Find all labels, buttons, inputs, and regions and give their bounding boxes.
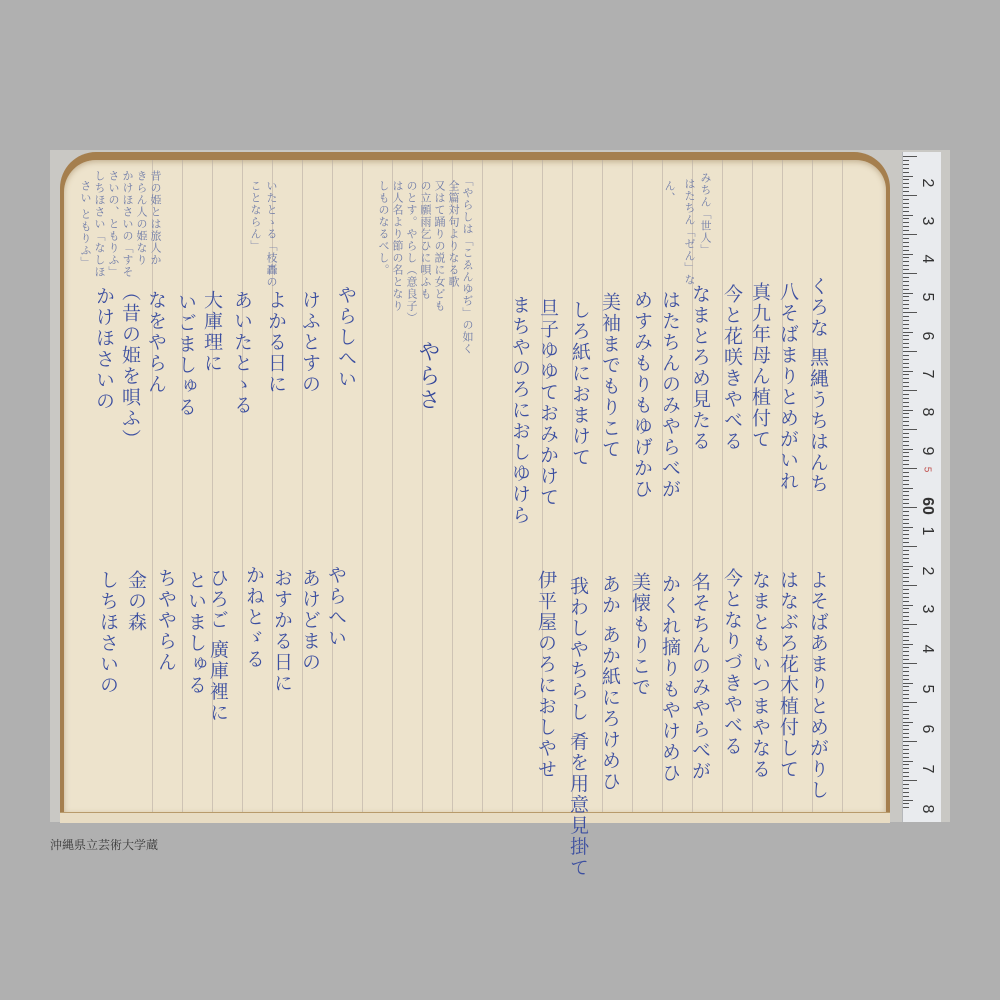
ruler-tick: [903, 215, 913, 216]
verse-line: おすかる日に: [272, 568, 291, 694]
ruler-tick: [903, 382, 909, 383]
ruler-tick: [903, 308, 909, 309]
ruler-label: 8: [918, 799, 936, 819]
annotation-line: さいの、ともりふ」: [108, 170, 119, 278]
annotation-line: はたちん「ゼん」な: [684, 178, 695, 286]
ruler-tick: [903, 410, 913, 411]
ruler-tick: [903, 507, 917, 508]
ruler-label: 3: [918, 599, 936, 619]
ruler-tick: [903, 644, 913, 645]
ruler-tick: [903, 792, 909, 793]
verse-line: かねとゞる: [244, 565, 263, 670]
verse-line: ひろご 廣庫裡に: [208, 568, 227, 723]
ruler-tick: [903, 234, 917, 235]
ruler-tick: [903, 807, 909, 808]
ruler-tick: [903, 176, 913, 177]
ruler-tick: [903, 632, 909, 633]
collection-caption: 沖縄県立芸術大学蔵: [50, 836, 158, 853]
ruler-tick: [903, 640, 909, 641]
ruler-tick: [903, 199, 909, 200]
verse-line: くろな 黒縄うちはんち: [808, 276, 827, 494]
ruler-tick: [903, 250, 909, 251]
verse-line: あか あか紙にろけめひ: [600, 574, 619, 792]
ruler-tick: [903, 269, 909, 270]
ruler-tick: [903, 367, 909, 368]
annotation-line: いたとゝる「枝轟の: [266, 180, 277, 288]
ruler-tick: [903, 647, 909, 648]
ruler-tick: [903, 550, 909, 551]
ruler-tick: [903, 265, 909, 266]
ruler-tick: [903, 472, 909, 473]
ruler-tick: [903, 433, 909, 434]
ruler-tick: [903, 371, 913, 372]
ruler-tick: [903, 788, 909, 789]
verse-line: なまともいつまやなる: [750, 570, 769, 780]
ruler-tick: [903, 655, 909, 656]
verse-line: あいたとゝる: [232, 290, 251, 416]
ruler-tick: [903, 495, 909, 496]
ruler-tick: [903, 737, 909, 738]
ruler-tick: [903, 729, 909, 730]
ruler-tick: [903, 554, 909, 555]
verse-line: あけどまの: [300, 568, 319, 673]
ruler-tick: [903, 796, 909, 797]
ruler-tick: [903, 659, 909, 660]
verse-line: 伊平屋のろにおしやせ: [536, 570, 555, 780]
ruler-tick: [903, 324, 909, 325]
ruler-label: 7: [918, 364, 936, 384]
ruler-tick: [903, 589, 909, 590]
annotation-line: さい ともりふ」: [80, 180, 91, 269]
ruler-tick: [903, 164, 909, 165]
ruler-tick: [903, 289, 909, 290]
ruler-tick: [903, 757, 909, 758]
ruler-tick: [903, 593, 909, 594]
ruler-tick: [903, 456, 909, 457]
ruler-tick: [903, 753, 909, 754]
ruler-tick: [903, 203, 909, 204]
ruler-tick: [903, 195, 917, 196]
page-rule: [842, 160, 843, 812]
annotation-line: の立願雨乞ひに唄ふも: [420, 180, 431, 300]
ruler-tick: [903, 230, 909, 231]
ruler-label: 8: [918, 402, 936, 422]
ruler-tick: [903, 347, 909, 348]
ruler-tick: [903, 749, 909, 750]
ruler-tick: [903, 452, 909, 453]
ruler-tick: [903, 745, 909, 746]
ruler-tick: [903, 335, 909, 336]
ruler-tick: [903, 207, 909, 208]
ruler-tick: [903, 312, 917, 313]
ruler-tick: [903, 296, 909, 297]
verse-line: 大庫理に: [202, 290, 221, 374]
ruler-tick: [903, 183, 909, 184]
ruler-tick: [903, 679, 909, 680]
ruler-tick: [903, 491, 909, 492]
ruler-tick: [903, 179, 909, 180]
ruler-tick: [903, 534, 909, 535]
ruler-label: 6: [918, 326, 936, 346]
ruler-tick: [903, 476, 909, 477]
annotation-line: のとす。やらし（意良子）: [406, 180, 417, 324]
ruler-tick: [903, 402, 909, 403]
verse-line: やらへい: [326, 565, 345, 649]
ruler-label: 2: [918, 173, 936, 193]
ruler-tick: [903, 620, 909, 621]
ruler-tick: [903, 538, 909, 539]
page-rule: [302, 160, 303, 812]
ruler-tick: [903, 702, 917, 703]
ruler-label: 3: [918, 211, 936, 231]
ruler-tick: [903, 222, 909, 223]
ruler-tick: [903, 546, 917, 547]
verse-line: かけほさいの: [94, 286, 113, 412]
ruler-tick: [903, 800, 913, 801]
ruler-tick: [903, 768, 909, 769]
ruler-tick: [903, 706, 909, 707]
ruler-tick: [903, 776, 909, 777]
ruler-tick: [903, 585, 917, 586]
ruler-label: 6: [918, 719, 936, 739]
ruler-tick: [903, 608, 909, 609]
verse-line: やらしへい: [336, 285, 355, 390]
next-page-edge: [60, 812, 890, 823]
verse-line: かくれ摘りもやけめひ: [660, 574, 679, 784]
ruler-tick: [903, 257, 909, 258]
ruler-tick: [903, 343, 909, 344]
ruler-tick: [903, 304, 909, 305]
verse-line: ちややらん: [156, 568, 175, 673]
ruler-tick: [903, 499, 909, 500]
ruler-tick: [903, 300, 909, 301]
ruler-tick: [903, 671, 909, 672]
verse-line: いごましゅる: [176, 292, 195, 418]
ruler-tick: [903, 172, 909, 173]
ruler-tick: [903, 523, 909, 524]
verse-line: 今となりづきやべる: [722, 568, 741, 757]
ruler-tick: [903, 273, 917, 274]
ruler-label: 4: [918, 249, 936, 269]
ruler-tick: [903, 468, 917, 469]
ruler-tick: [903, 160, 909, 161]
ruler-tick: [903, 722, 913, 723]
ruler-tick: [903, 226, 909, 227]
ruler-tick: [903, 772, 909, 773]
page-rule: [482, 160, 483, 812]
ruler-tick: [903, 211, 909, 212]
ruler-tick: [903, 694, 909, 695]
verse-line: 真九年母ん植付て: [750, 282, 769, 450]
ruler-tick: [903, 398, 909, 399]
annotation-line: きらん人の姫なり: [136, 170, 147, 266]
ruler-tick: [903, 558, 909, 559]
ruler-tick: [903, 437, 909, 438]
ruler-label: 2: [918, 561, 936, 581]
annotation-line: ん、: [664, 180, 675, 204]
verse-line: （昔の姫を唄ふ）: [120, 282, 139, 450]
ruler-tick: [903, 238, 909, 239]
page-rule: [362, 160, 363, 812]
verse-line: まちやのろにおしゆけら: [510, 295, 529, 526]
ruler-tick: [903, 605, 913, 606]
ruler-tick: [903, 612, 909, 613]
annotation-line: は人名より節の名となり: [392, 180, 403, 312]
ruler-tick: [903, 710, 909, 711]
verse-line: はたちんのみやらべが: [660, 290, 679, 500]
ruler-tick: [903, 246, 909, 247]
page-rule: [332, 160, 333, 812]
ruler-tick: [903, 242, 909, 243]
ruler-tick: [903, 187, 909, 188]
ruler-tick: [903, 784, 909, 785]
annotation-line: しものなるべし。: [378, 180, 389, 276]
verse-line: 八そばまりとめがいれ: [778, 282, 797, 492]
ruler-tick: [903, 254, 913, 255]
measuring-ruler: 2 3 4 5 6 7 8 9 5 60 1 2 3 4 5 6 7 8: [902, 152, 941, 822]
ruler-tick: [903, 803, 909, 804]
verse-line: けふとすの: [300, 290, 319, 395]
ruler-tick: [903, 628, 909, 629]
ruler-tick: [903, 511, 909, 512]
annotation-line: 「やらしは「こゑんゆぢ」の如く: [462, 175, 473, 355]
annotation-line: みちん「世人」: [700, 172, 711, 256]
ruler-tick: [903, 636, 909, 637]
ruler-label: 7: [918, 759, 936, 779]
ruler-tick: [903, 698, 909, 699]
ruler-tick: [903, 351, 917, 352]
ruler-tick: [903, 445, 909, 446]
ruler-tick: [903, 328, 909, 329]
ruler-tick: [903, 413, 909, 414]
page-rule: [182, 160, 183, 812]
ruler-tick: [903, 316, 909, 317]
ruler-tick: [903, 406, 909, 407]
ruler-label: 60: [918, 496, 936, 516]
verse-line: めすみもりもゆげかひ: [632, 290, 651, 500]
ruler-tick: [903, 663, 917, 664]
ruler-tick: [903, 168, 909, 169]
verse-line: よそばあまりとめがりし: [808, 570, 827, 801]
annotation-line: 全篇対句よりなる歌: [448, 180, 459, 288]
ruler-tick: [903, 339, 909, 340]
ruler-tick: [903, 464, 909, 465]
ruler-tick: [903, 285, 909, 286]
ruler-tick: [903, 527, 913, 528]
ruler-tick: [903, 390, 917, 391]
ruler-tick: [903, 332, 913, 333]
ruler-tick: [903, 616, 909, 617]
verse-line: 旦子ゆゆておみかけて: [538, 298, 557, 508]
ruler-tick: [903, 577, 909, 578]
page-rule: [242, 160, 243, 812]
verse-line: 金の森: [126, 570, 145, 633]
verse-line: はなぶろ花木植付して: [778, 570, 797, 780]
annotation-line: かけほさいの「すそ: [122, 170, 133, 278]
ruler-tick: [903, 156, 917, 157]
ruler-tick: [903, 320, 909, 321]
verse-line: といましゅる: [186, 570, 205, 696]
annotation-line: しちほさい「なしほ: [94, 170, 105, 278]
ruler-tick: [903, 355, 909, 356]
verse-line: 今と花咲きやべる: [722, 284, 741, 452]
ruler-tick: [903, 488, 913, 489]
ruler-tick: [903, 530, 909, 531]
ruler-tick: [903, 441, 909, 442]
annotation-line: 昔の姫とは旅人か: [150, 170, 161, 266]
verse-line: しろ紙におまけて: [570, 300, 589, 468]
ruler-label: 1: [918, 521, 936, 541]
verse-line: しちほさいの: [98, 570, 117, 696]
annotation-line: 又はて踊りの説に女ども: [434, 180, 445, 312]
verse-line: よかる日に: [266, 290, 285, 395]
ruler-tick: [903, 515, 909, 516]
ruler-tick: [903, 675, 909, 676]
ruler-tick: [903, 690, 909, 691]
ruler-tick: [903, 425, 909, 426]
ruler-tick: [903, 714, 909, 715]
ruler-tick: [903, 573, 909, 574]
ruler-tick: [903, 741, 917, 742]
verse-line: 我わしやちらし 肴を用意見掛て: [568, 576, 587, 878]
ruler-tick: [903, 218, 909, 219]
ruler-tick: [903, 519, 909, 520]
ruler-tick: [903, 733, 909, 734]
ruler-red-label: 5: [922, 460, 933, 480]
ruler-tick: [903, 363, 909, 364]
ruler-tick: [903, 293, 913, 294]
verse-line: 美懐もりこで: [630, 572, 649, 698]
ruler-tick: [903, 542, 909, 543]
ruler-tick: [903, 386, 909, 387]
ruler-tick: [903, 718, 909, 719]
annotation-line: ことならん」: [250, 180, 261, 252]
ruler-tick: [903, 667, 909, 668]
ruler-tick: [903, 624, 917, 625]
ruler-tick: [903, 417, 909, 418]
ruler-tick: [903, 686, 909, 687]
ruler-tick: [903, 562, 909, 563]
ruler-label: 5: [918, 287, 936, 307]
ruler-tick: [903, 277, 909, 278]
verse-line: 名そちんのみやらべが: [690, 572, 709, 782]
ruler-tick: [903, 421, 909, 422]
ruler-label: 5: [918, 679, 936, 699]
ruler-tick: [903, 261, 909, 262]
ruler-tick: [903, 378, 909, 379]
ruler-tick: [903, 374, 909, 375]
song-title: やらさ: [416, 340, 438, 412]
ruler-tick: [903, 281, 909, 282]
ruler-tick: [903, 601, 909, 602]
ruler-label: 9: [918, 441, 936, 461]
ruler-tick: [903, 581, 909, 582]
ruler-tick: [903, 566, 913, 567]
ruler-tick: [903, 484, 909, 485]
ruler-tick: [903, 460, 909, 461]
ruler-tick: [903, 764, 909, 765]
ruler-tick: [903, 480, 909, 481]
ruler-tick: [903, 651, 909, 652]
ruler-tick: [903, 597, 909, 598]
verse-line: なをやらん: [146, 290, 165, 395]
ruler-tick: [903, 503, 909, 504]
ruler-tick: [903, 780, 917, 781]
ruler-label: 4: [918, 639, 936, 659]
ruler-tick: [903, 683, 913, 684]
ruler-tick: [903, 429, 917, 430]
ruler-tick: [903, 569, 909, 570]
ruler-tick: [903, 761, 913, 762]
ruler-tick: [903, 449, 913, 450]
ruler-tick: [903, 191, 909, 192]
ruler-tick: [903, 359, 909, 360]
ruler-tick: [903, 394, 909, 395]
verse-line: なまとろめ見たる: [690, 284, 709, 452]
verse-line: 美袖までもりこて: [600, 292, 619, 460]
ruler-tick: [903, 725, 909, 726]
